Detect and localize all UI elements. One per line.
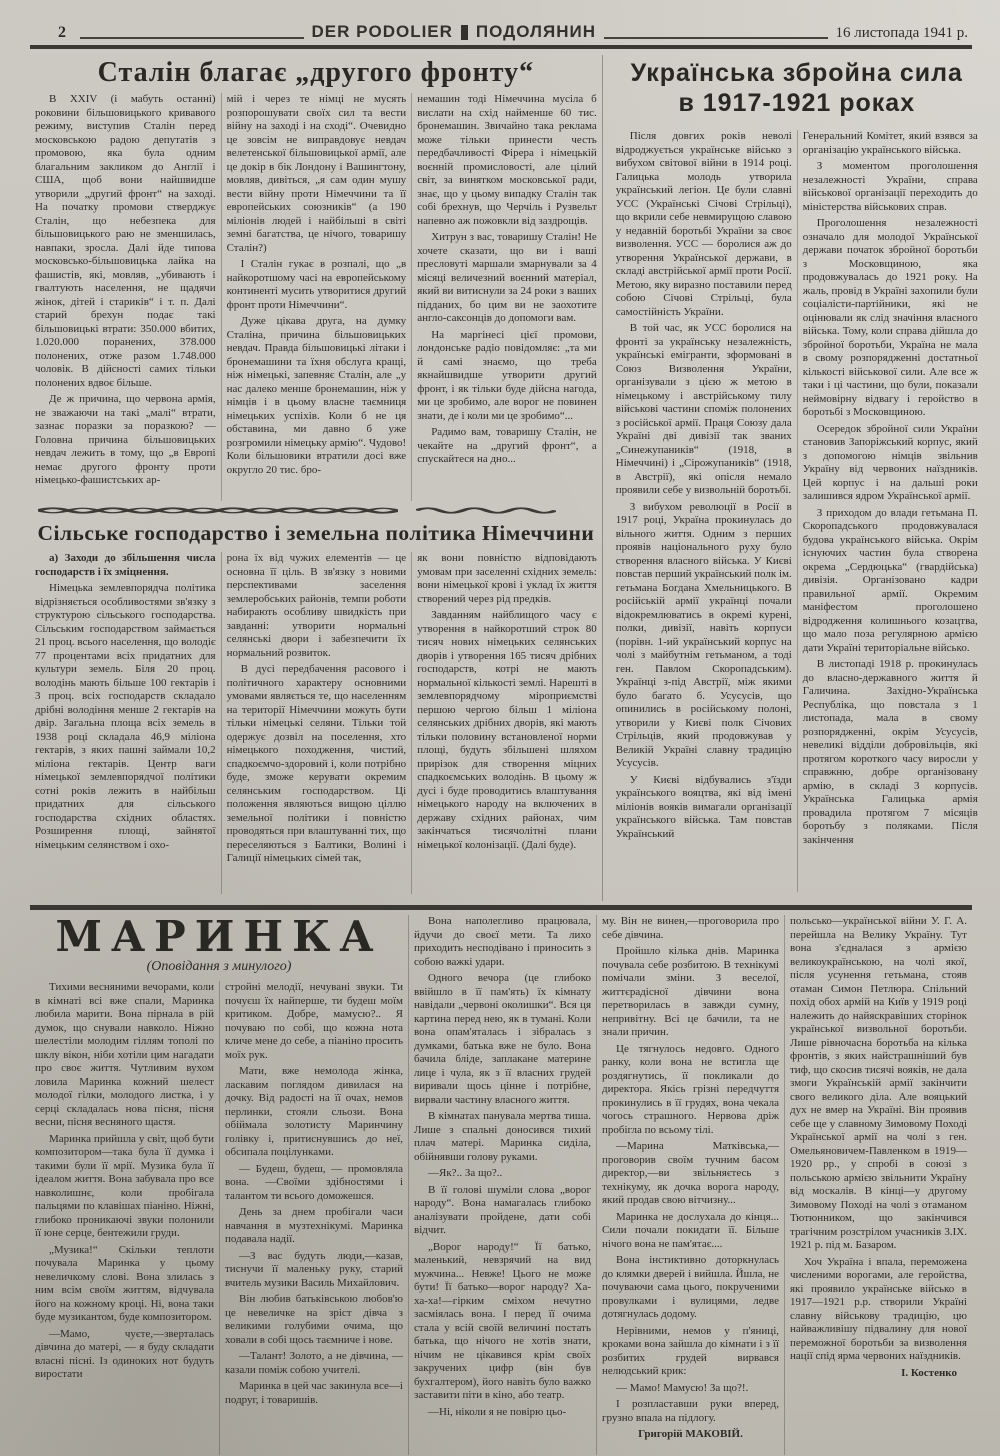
paragraph: Де ж причина, що червона армія, не зважа… xyxy=(35,393,216,488)
paragraph: З вибухом революції в Росії в 1917 році,… xyxy=(616,501,792,771)
army-signature: І. Костенко xyxy=(790,1367,967,1381)
army-headline-line2: в 1917-1921 роках xyxy=(611,89,983,119)
paragraph: Одного вечора (це глибоко ввійшло в її п… xyxy=(414,972,591,1107)
marinka-column-4: му. Він не винен,—проговорила про себе д… xyxy=(596,915,784,1455)
article-stalin-headline: Сталін благає „другого фронту“ xyxy=(30,55,602,93)
paragraph: З моментом проголошення незалежності Укр… xyxy=(803,160,978,214)
stalin-column-3: немашин тоді Німеччина мусіла б вислати … xyxy=(411,93,602,501)
paragraph: В XXIV (і мабуть останні) роковини більш… xyxy=(35,93,216,390)
paragraph: —Мамо, чуєте,—зверталась дівчина до мате… xyxy=(35,1328,214,1382)
marinka-column-3: Вона наполегливо працювала, йдучи до сво… xyxy=(408,915,596,1455)
paragraph: Радимо вам, товаришу Сталін, не чекайте … xyxy=(417,426,597,467)
paragraph: Після довгих років неволі відроджується … xyxy=(616,130,792,319)
wavy-divider-row xyxy=(30,501,602,519)
stalin-column-2: мій і через те німці не мусять розпорошу… xyxy=(221,93,412,501)
article-marinka-subtitle: (Оповідання з минулого) xyxy=(30,959,408,975)
army-continuation-column: польсько—української війни У. Г. А. пере… xyxy=(784,915,972,1455)
issue-date: 16 листопада 1941 р. xyxy=(836,25,973,42)
masthead-rule-right xyxy=(604,37,828,39)
article-marinka: МАРИНКА (Оповідання з минулого) Тихими в… xyxy=(30,915,408,1455)
paragraph: Дуже цікава друга, на думку Сталіна, при… xyxy=(227,315,407,477)
paragraph: В кімнатах панувала мертва тиша. Лише з … xyxy=(414,1110,591,1164)
paragraph: На маргінесі цієї промови, лондонське ра… xyxy=(417,329,597,424)
paragraph: З приходом до влади гетьмана П. Скоропад… xyxy=(803,507,978,656)
article-agriculture: Сільське господарство і земельна політик… xyxy=(30,519,602,894)
paragraph: — Мамо! Мамусю! За що?!. xyxy=(602,1382,779,1396)
paragraph: Це тягнулось недовго. Одного ранку, коли… xyxy=(602,1043,779,1138)
paragraph: У Києві відбувались з'їзди українського … xyxy=(616,774,792,842)
article-stalin-columns: В XXIV (і мабуть останні) роковини більш… xyxy=(30,93,602,501)
marinka-column-4-text: му. Він не винен,—проговорила про себе д… xyxy=(602,915,779,1425)
page-number: 2 xyxy=(30,24,72,42)
section-divider-rule xyxy=(30,905,972,910)
article-marinka-headline: МАРИНКА xyxy=(30,915,408,959)
marinka-column-1: Тихими весняними вечорами, коли в кімнат… xyxy=(30,981,219,1455)
paragraph: — Будеш, будеш, — промовляла вона. —Свої… xyxy=(225,1163,403,1204)
paragraph: Маринка не дослухала до кінця... Сили по… xyxy=(602,1211,779,1252)
masthead-divider-bar xyxy=(461,25,468,40)
army-column-1: Після довгих років неволі відроджується … xyxy=(611,130,797,892)
paragraph: а) Заходи до збільшення числа господарст… xyxy=(35,552,216,579)
newspaper-page: 2 DER PODOLIER ПОДОЛЯНИН 16 листопада 19… xyxy=(0,0,1000,1456)
paragraph: немашин тоді Німеччина мусіла б вислати … xyxy=(417,93,597,228)
paragraph: І розпластавши руки вперед, грузно впала… xyxy=(602,1398,779,1425)
paragraph: „Музика!“ Скільки теплоти почувала Марин… xyxy=(35,1244,214,1325)
paragraph: му. Він не винен,—проговорила про себе д… xyxy=(602,915,779,942)
agriculture-column-3: як вони повністю відповідають умовам при… xyxy=(411,552,602,894)
agriculture-column-2: рона їх від чужих елементів — це основна… xyxy=(221,552,412,894)
marinka-left-columns: Тихими весняними вечорами, коли в кімнат… xyxy=(30,981,408,1455)
paragraph: Осередок збройної сили України становив … xyxy=(803,423,978,504)
paragraph: Пройшло кілька днів. Маринка почувала се… xyxy=(602,945,779,1040)
masthead-title: DER PODOLIER ПОДОЛЯНИН xyxy=(312,22,596,42)
masthead-title-ukrainian: ПОДОЛЯНИН xyxy=(476,22,596,42)
paragraph: Вона інстиктивно доторкнулась до клямки … xyxy=(602,1254,779,1322)
masthead-title-german: DER PODOLIER xyxy=(312,22,453,42)
marinka-column-2: стройні мелодії, нечувані звуки. Ти почу… xyxy=(219,981,408,1455)
marinka-signature: Григорій МАКОВІЙ. xyxy=(602,1428,779,1442)
paragraph: —Марина Матківська,—проговорив своїм туч… xyxy=(602,1140,779,1208)
paragraph: День за днем пробігали часи навчання в м… xyxy=(225,1206,403,1247)
paragraph: В її голові шуміли слова „ворог народу“.… xyxy=(414,1184,591,1238)
agriculture-column-1: а) Заходи до збільшення числа господарст… xyxy=(30,552,221,894)
army-continuation-text: польсько—української війни У. Г. А. пере… xyxy=(790,915,967,1364)
stalin-column-1: В XXIV (і мабуть останні) роковини більш… xyxy=(30,93,221,501)
paragraph: —З вас будуть люди,—казав, тиснучи її ма… xyxy=(225,1250,403,1291)
paragraph: „Ворог народу!“ Її батько, маленький, не… xyxy=(414,1241,591,1403)
paragraph: В листопаді 1918 р. прокинулась до власн… xyxy=(803,658,978,847)
paragraph: Хитрун з вас, товаришу Сталін! Не хочете… xyxy=(417,231,597,326)
paragraph: Тихими весняними вечорами, коли в кімнат… xyxy=(35,981,214,1130)
paragraph: Проголошення незалежності означало для м… xyxy=(803,217,978,420)
paragraph: мій і через те німці не мусять розпорошу… xyxy=(227,93,407,255)
paragraph: Маринка прийшла у світ, щоб бути компози… xyxy=(35,1133,214,1241)
paragraph: —Ні, ніколи я не повірю цьо- xyxy=(414,1406,591,1420)
wavy-divider xyxy=(38,506,398,515)
article-agriculture-columns: а) Заходи до збільшення числа господарст… xyxy=(30,552,602,894)
paragraph: В дусі передбачення расового і політично… xyxy=(227,663,407,866)
left-column-stack: Сталін благає „другого фронту“ В XXIV (і… xyxy=(30,55,602,901)
paragraph: Німецька землевпорядча політика відрізня… xyxy=(35,582,216,852)
bottom-section: МАРИНКА (Оповідання з минулого) Тихими в… xyxy=(30,915,972,1455)
masthead-thick-rule xyxy=(30,45,972,49)
wavy-divider-short xyxy=(416,506,556,515)
masthead-rule-left xyxy=(80,37,304,39)
paragraph: стройні мелодії, нечувані звуки. Ти почу… xyxy=(225,981,403,1062)
army-column-2: Генеральний Комітет, який взявся за орга… xyxy=(797,130,983,892)
paragraph: І Сталін гукає в розпалі, що „в найкорот… xyxy=(227,258,407,312)
article-army-headline: Українська збройна сила в 1917-1921 рока… xyxy=(611,59,983,118)
paragraph: Хоч Україна і впала, переможена численим… xyxy=(790,1256,967,1364)
article-stalin: Сталін благає „другого фронту“ В XXIV (і… xyxy=(30,55,602,501)
paragraph: Він любив батьківською любов'ю це невели… xyxy=(225,1293,403,1347)
paragraph: рона їх від чужих елементів — це основна… xyxy=(227,552,407,660)
paragraph: як вони повністю відповідають умовам при… xyxy=(417,552,597,606)
masthead: 2 DER PODOLIER ПОДОЛЯНИН 16 листопада 19… xyxy=(30,12,972,42)
article-army-columns: Після довгих років неволі відроджується … xyxy=(611,130,983,892)
paragraph: Завданням найблищого часу є утворення в … xyxy=(417,609,597,852)
article-agriculture-headline: Сільське господарство і земельна політик… xyxy=(30,521,602,546)
army-headline-line1: Українська збройна сила xyxy=(611,59,983,89)
paragraph: Маринка в цей час закинула все—і подруг,… xyxy=(225,1380,403,1407)
paragraph: польсько—української війни У. Г. А. пере… xyxy=(790,915,967,1253)
paragraph: В той час, як УСС боролися на фронті за … xyxy=(616,322,792,498)
top-section: Сталін благає „другого фронту“ В XXIV (і… xyxy=(30,55,972,901)
paragraph: —Талант! Золото, а не дівчина, — казали … xyxy=(225,1350,403,1377)
paragraph: Вона наполегливо працювала, йдучи до сво… xyxy=(414,915,591,969)
article-army: Українська збройна сила в 1917-1921 рока… xyxy=(602,55,983,901)
paragraph: Генеральний Комітет, який взявся за орга… xyxy=(803,130,978,157)
paragraph: Мати, вже немолода жінка, ласкавим погля… xyxy=(225,1065,403,1160)
paragraph: —Як?.. За що?.. xyxy=(414,1167,591,1181)
paragraph: Нерівними, немов у п'яниці, кроками вона… xyxy=(602,1325,779,1379)
